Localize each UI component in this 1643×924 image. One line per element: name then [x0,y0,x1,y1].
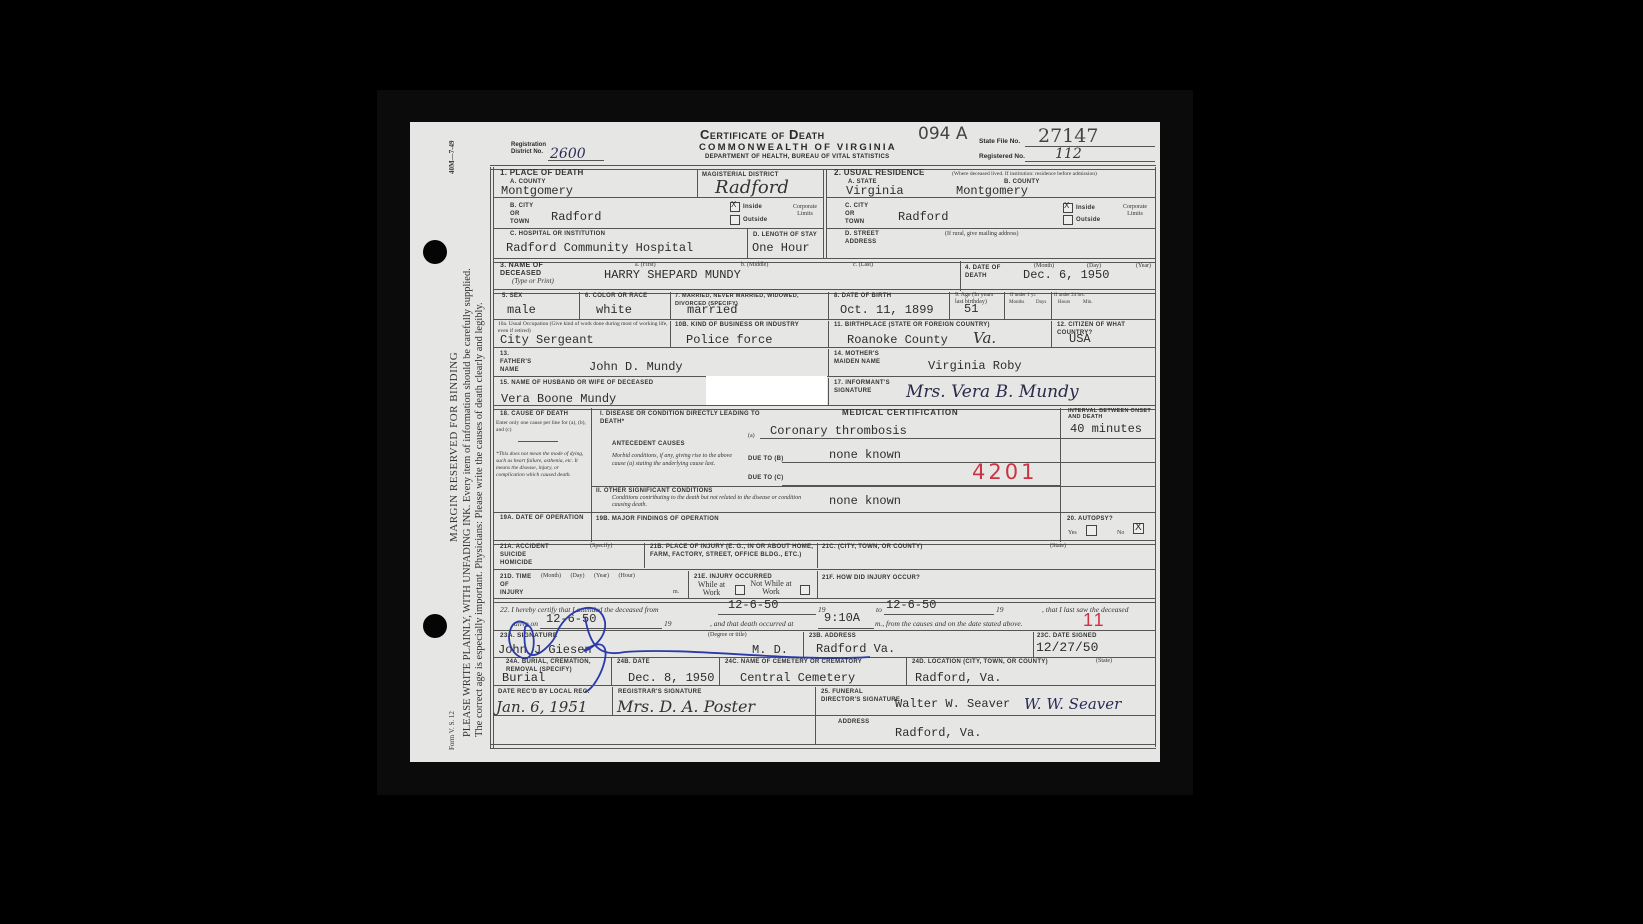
antecedent-label: Antecedent Causes [612,440,685,448]
how-injury-label: 21f. How did injury occur? [822,574,920,582]
registered-no: 112 [1055,146,1082,162]
specify-label: (Specify) [590,543,612,550]
cause-code: 4201 [972,460,1037,484]
inside-checkbox[interactable]: X [730,202,740,212]
birthplace-label: 11. Birthplace (State or foreign country… [834,321,990,329]
min-label: Min. [1083,299,1093,306]
mother-name: Virginia Roby [928,359,1022,373]
handwritten-code: 094 A [918,124,967,144]
injury-city-label: 21c. (City, Town, or County) [822,543,923,551]
hospital: Radford Community Hospital [506,241,693,255]
binding-hole-top [423,240,447,264]
length-of-stay-label: d. Length of Stay [753,231,821,239]
burial-date-label: 24b. Date [617,658,650,666]
autopsy-yes-label: Yes [1068,530,1077,537]
place-of-death-label: 1. Place of Death [500,169,584,177]
cause-a-label: (a) [748,433,755,440]
outside-checkbox[interactable] [730,215,740,225]
cause-label: 18. Cause of Death [500,410,568,418]
burial-location-label: 24d. Location (City, town, or county) [912,658,1048,666]
age: 51 [964,302,978,316]
date-of-death-label: 4. Date of Death [965,264,1005,280]
autopsy-no-label: No [1117,530,1124,537]
res-city-label: c. City or Town [845,202,875,226]
business: Police force [686,333,772,347]
hours-label: Hours [1058,299,1070,306]
registrar-signature-label: Registrar's Signature [618,688,702,696]
name-sub-label: (Type or Print) [512,277,554,285]
to-label: to [876,606,882,614]
other-conditions-note: Conditions contributing to the death but… [612,495,812,509]
autopsy-yes-checkbox[interactable] [1086,525,1097,536]
city-label: b. City or Town [510,202,540,226]
date-signed-label: 23c. Date Signed [1037,632,1097,640]
res-inside-label: Inside [1076,204,1095,212]
accident-label: 21a. Accident Suicide Homicide [500,543,555,567]
form-number: 40M—7-49 [448,141,456,174]
death-county: Montgomery [501,184,573,198]
burial-location: Radford, Va. [915,671,1001,685]
mother-label: 14. Mother's Maiden Name [834,350,894,366]
department: Department of Health, Bureau of Vital St… [705,154,889,160]
burial-type: Burial [502,671,545,685]
registered-label: Registered No. [979,153,1025,160]
place-of-injury-label: 21b. Place of Injury (e. g., in or about… [650,543,815,559]
disease-label: I. Disease or Condition Directly Leading… [600,410,780,426]
race: white [596,303,632,317]
res-corporate-label: Corporate Limits [1116,204,1154,218]
dob-label: 8. Date of Birth [834,292,891,300]
street-note: (If rural, give mailing address) [945,231,1018,238]
days-label: Days [1036,299,1046,306]
last-name-label: c. (Last) [853,262,873,269]
deceased-name: HARRY SHEPARD MUNDY [604,268,741,282]
sex: male [507,303,536,317]
year-label: (Year) [1136,263,1151,270]
middle-name-label: b. (Middle) [741,262,768,269]
other-conditions-label: II. Other Significant Conditions [596,487,713,495]
date-signed: 12/27/50 [1036,640,1098,655]
operation-findings-label: 19b. Major Findings of Operation [596,515,719,523]
due-to-c-label: Due to (c) [748,474,784,482]
race-label: 6. Color or Race [585,292,647,300]
under-1yr-label: If under 1 yr. [1010,292,1036,299]
res-state: Virginia [846,184,904,198]
death-city: Radford [551,210,601,224]
other-conditions: none known [829,494,901,508]
corporate-limits-label: Corporate Limits [788,204,822,218]
under-24hr-label: If under 24 hrs. [1054,292,1085,299]
funeral-director-address: Radford, Va. [895,726,981,740]
form-code: Form V. S. 12 [448,711,456,750]
instruction-line-1: PLEASE WRITE PLAINLY, WITH UNFADING INK.… [462,268,473,737]
res-outside-label: Outside [1076,216,1100,224]
res-city: Radford [898,210,948,224]
occupation: City Sergeant [500,333,594,347]
funeral-director-signature: W. W. Seaver [1024,695,1121,713]
operation-date-label: 19a. Date of Operation [500,514,585,522]
res-inside-checkbox[interactable]: X [1063,203,1073,213]
burial-date: Dec. 8, 1950 [628,671,714,685]
certificate-title: Certificate of Death [700,127,825,142]
nineteen-2: 19 [996,606,1004,614]
informant-label: 17. Informant's Signature [834,379,894,395]
street-label: d. Street Address [845,230,895,246]
date-of-birth: Oct. 11, 1899 [840,303,934,317]
due-to-b-label: Due to (b) [748,455,784,463]
medical-certification-title: Medical Certification [842,409,959,417]
commonwealth: Commonwealth of Virginia [699,142,897,153]
date-received-label: Date Rec'd by Local Reg. [498,688,613,696]
residence-label: 2. Usual Residence [834,169,925,177]
outside-label: Outside [743,216,767,224]
morbid-note: Morbid conditions, if any, giving rise t… [612,452,747,468]
date-of-death: Dec. 6, 1950 [1023,268,1109,282]
autopsy-label: 20. Autopsy? [1067,515,1113,523]
inside-label: Inside [743,203,762,211]
reg-district-label: Registration District No. [511,142,551,156]
months-label: Months [1009,299,1024,306]
cemetery-label: 24c. Name of Cemetery or Crematory [725,658,862,666]
business-label: 10b. Kind of Business or Industry [675,321,825,329]
certify-text-4: m., from the causes and on the date stat… [875,620,1023,628]
date-received: Jan. 6, 1951 [496,698,587,716]
birthplace: Roanoke County [847,333,948,347]
burial-state-label: (State) [1096,658,1112,665]
attended-to: 12-6-50 [886,598,936,612]
redacted-item-16 [706,376,827,406]
marital-status: married [687,303,737,317]
funeral-director: Walter W. Seaver [895,697,1010,711]
interval-label: Interval Between Onset and Death [1068,408,1153,420]
cemetery: Central Cemetery [740,671,855,685]
sex-label: 5. Sex [502,292,522,300]
funeral-director-label: 25. Funeral Director's Signature [821,688,901,704]
injury-time-columns: (Month) (Day) (Year) (Hour) [541,573,635,580]
state-file-label: State File No. [979,138,1020,145]
red-mark: 11 [1083,610,1106,631]
cause-b: none known [829,448,901,462]
spouse-label: 15. Name of Husband or Wife of Deceased [500,379,653,387]
state-file-no: 27147 [1038,125,1098,147]
instruction-line-2: The correct age is especially important.… [474,302,485,737]
res-county: Montgomery [956,184,1028,198]
cause-note: Enter only one cause per line for (a), (… [496,420,588,434]
magisterial-district: Radford [715,177,789,198]
death-certificate: 40M—7-49 MARGIN RESERVED FOR BINDING PLE… [410,122,1160,762]
hospital-label: c. Hospital or Institution [510,230,605,238]
binding-hole-bottom [423,614,447,638]
birthplace-state: Va. [973,329,996,347]
binding-margin-note: MARGIN RESERVED FOR BINDING [448,352,460,542]
father-name: John D. Mundy [589,360,683,374]
registrar-signature: Mrs. D. A. Poster [617,697,755,716]
informant-signature: Mrs. Vera B. Mundy [906,382,1079,402]
injury-state-label: (State) [1050,543,1066,550]
name-label: 3. Name of Deceased [500,262,570,278]
spouse-name: Vera Boone Mundy [501,392,616,406]
father-label: 13. Father's Name [500,350,540,374]
res-outside-checkbox[interactable] [1063,215,1073,225]
interval: 40 minutes [1070,422,1142,436]
cause-a: Coronary thrombosis [770,424,907,438]
cause-footnote: *This does not mean the mode of dying, s… [496,451,588,479]
autopsy-no-checkbox[interactable]: X [1133,523,1144,534]
funeral-director-address-label: Address [838,718,869,726]
length-of-stay: One Hour [752,241,810,255]
citizen: USA [1069,332,1091,346]
residence-note: (Where deceased lived. If institution: r… [952,171,1097,178]
